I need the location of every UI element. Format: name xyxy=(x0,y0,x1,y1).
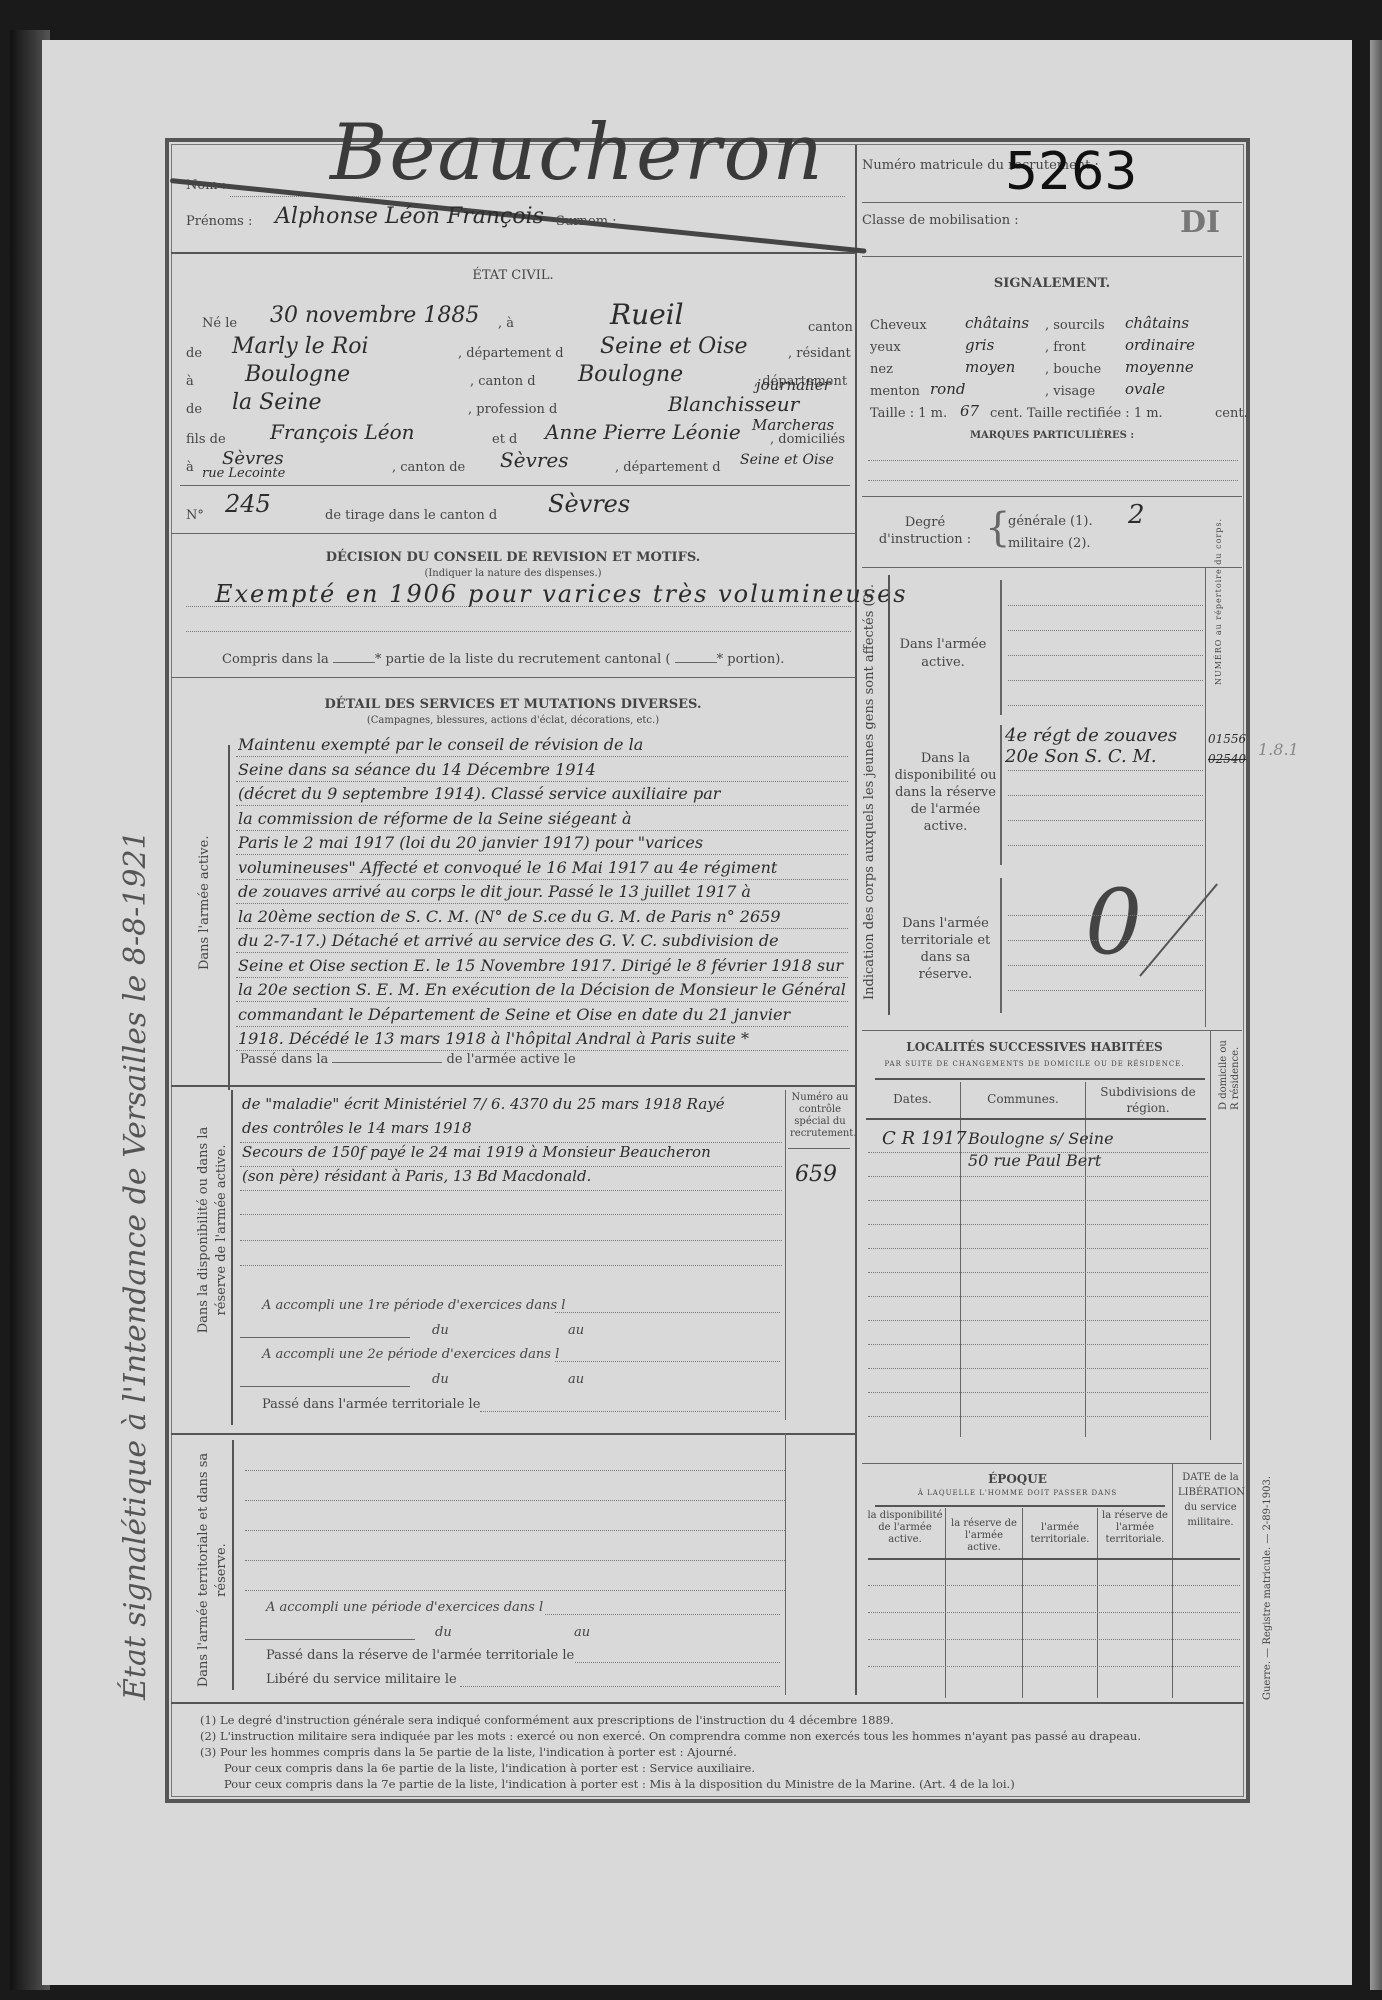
degre-label: Degré d'instruction : xyxy=(870,514,980,548)
services-line: la 20ème section de S. C. M. (N° de S.ce… xyxy=(238,907,848,926)
signalement-cheveux-value: châtains xyxy=(965,314,1029,332)
localites-side-column: D domicile ou R résidence. xyxy=(1218,1030,1242,1110)
epoque-title: ÉPOQUE xyxy=(865,1472,1170,1486)
corps-territoriale-value: 0 xyxy=(1085,870,1142,975)
services-line: volumineuses" Affecté et convoqué le 16 … xyxy=(238,858,848,877)
periode1-du: du xyxy=(432,1323,449,1338)
profession-value: Blanchisseur xyxy=(668,392,799,416)
passe-territoriale-line xyxy=(480,1411,780,1412)
periode2-du: du xyxy=(432,1372,449,1387)
periode2-au: au xyxy=(568,1372,584,1387)
terr-periode-label: A accompli une période d'exercices dans … xyxy=(266,1600,543,1615)
signalement-menton-value: rond xyxy=(930,380,965,398)
signalement-menton-label: menton xyxy=(870,384,920,399)
etat-civil-title: ÉTAT CIVIL. xyxy=(171,268,855,283)
passe-territoriale-label: Passé dans l'armée territoriale le xyxy=(262,1397,480,1412)
birth-canton-value: Marly le Roi xyxy=(232,334,369,359)
services-line: Paris le 2 mai 1917 (loi du 20 janvier 1… xyxy=(238,833,848,852)
compris-label: Compris dans la xyxy=(222,652,329,667)
epoque-title-rule xyxy=(875,1505,1165,1507)
services-line: 1918. Décédé le 13 mars 1918 à l'hôpital… xyxy=(238,1029,848,1048)
side-label-disponibilite: Dans la disponibilité ou dans la réserve… xyxy=(195,1100,231,1360)
periode1-du-line xyxy=(240,1337,410,1338)
parents-divider xyxy=(180,485,850,486)
departement-label: , département d xyxy=(458,346,564,361)
footnote: (3) Pour les hommes compris dans la 5e p… xyxy=(200,1744,1240,1760)
marques-label: MARQUES PARTICULIÈRES : xyxy=(862,430,1242,441)
disponibilite-divider xyxy=(171,1433,855,1435)
periode1-label: A accompli une 1re période d'exercices d… xyxy=(262,1298,565,1313)
matricule-divider xyxy=(862,202,1242,203)
periode1-au: au xyxy=(568,1323,584,1338)
corps-dispo-numero-2: 02540 xyxy=(1208,752,1246,766)
terr-au: au xyxy=(574,1625,590,1640)
epoque-col-disponibilite: la disponibilité de l'armée active. xyxy=(866,1510,944,1546)
localites-header-rule xyxy=(866,1118,1206,1120)
services-line: Seine dans sa séance du 14 Décembre 1914 xyxy=(238,760,848,779)
passe-label: Passé dans la xyxy=(240,1052,328,1067)
signalement-yeux-value: gris xyxy=(965,336,994,354)
side-label-active: Dans l'armée active. xyxy=(197,836,212,970)
services-line: (décret du 9 septembre 1914). Classé ser… xyxy=(238,784,848,803)
libere-line xyxy=(460,1686,780,1687)
residence-dept-de-label: de xyxy=(186,402,202,417)
services-line: la 20e section S. E. M. En exécution de … xyxy=(238,980,848,999)
localites-col-dates: Dates. xyxy=(865,1092,960,1106)
tirage-no-label: N° xyxy=(186,508,204,523)
marques-line-1 xyxy=(868,460,1238,461)
numero-controle-label: Numéro au contrôle spécial du recrutemen… xyxy=(790,1092,850,1140)
corps-dispo-bracket xyxy=(1000,725,1002,865)
footnote: (2) L'instruction militaire sera indiqué… xyxy=(200,1728,1240,1744)
parents-dept-label: , département d xyxy=(615,460,721,475)
localites-subtitle: PAR SUITE DE CHANGEMENTS DE DOMICILE OU … xyxy=(862,1060,1207,1068)
fils-de-label: fils de xyxy=(186,432,226,447)
footnotes: (1) Le degré d'instruction générale sera… xyxy=(200,1712,1240,1792)
parents-canton-label: , canton de xyxy=(392,460,465,475)
footnote: (1) Le degré d'instruction générale sera… xyxy=(200,1712,1240,1728)
printer-mark: Guerre. — Registre matricule. — 2-89-190… xyxy=(1262,1476,1273,1700)
terr-line-3 xyxy=(245,1530,785,1531)
signalement-visage-label: , visage xyxy=(1045,384,1095,399)
signalement-taille-cent: cent. Taille rectifiée : 1 m. xyxy=(990,406,1163,421)
localites-title-rule xyxy=(875,1078,1205,1080)
terr-line-4 xyxy=(245,1560,785,1561)
terr-du-line xyxy=(245,1639,415,1640)
parents-canton-value: Sèvres xyxy=(500,448,569,472)
services-line: Seine et Oise section E. le 15 Novembre … xyxy=(238,956,848,975)
parents-a-label: à xyxy=(186,460,194,475)
tirage-no-value: 245 xyxy=(225,490,271,518)
disponibilite-line: Secours de 150f payé le 24 mai 1919 à Mo… xyxy=(242,1143,782,1161)
side-label-territoriale: Dans l'armée territoriale et dans sa rés… xyxy=(195,1450,231,1690)
periode2-line xyxy=(555,1361,780,1362)
epoque-header-rule xyxy=(868,1558,1240,1560)
signalement-sourcils-label: , sourcils xyxy=(1045,318,1105,333)
services-line: du 2-7-17.) Détaché et arrivé au service… xyxy=(238,931,848,950)
ne-le-label: Né le xyxy=(202,316,237,331)
degre-generale-label: générale (1). xyxy=(1008,514,1093,529)
classe-divider xyxy=(862,256,1242,257)
signalement-front-value: ordinaire xyxy=(1125,336,1195,354)
de-label: de xyxy=(186,346,202,361)
corps-margin-note: 1.8.1 xyxy=(1258,740,1299,759)
signalement-nez-label: nez xyxy=(870,362,893,377)
residence-canton-label: , canton d xyxy=(470,374,536,389)
compris-end: portion). xyxy=(727,652,784,667)
tirage-label: de tirage dans le canton d xyxy=(325,508,497,523)
services-bracket xyxy=(228,745,230,1090)
canton-label: canton xyxy=(808,320,853,335)
periode1-line xyxy=(555,1312,780,1313)
corps-numero-divider xyxy=(1205,567,1206,1027)
signalement-taille-cent2: cent. xyxy=(1215,406,1248,421)
classe-label: Classe de mobilisation : xyxy=(862,212,992,230)
epoque-col-territoriale: l'armée territoriale. xyxy=(1024,1522,1096,1546)
epoque-subtitle: À LAQUELLE L'HOMME DOIT PASSER DANS xyxy=(865,1489,1170,1497)
compris-mid: partie de la liste du recrutement canton… xyxy=(386,652,671,667)
marques-divider xyxy=(862,496,1242,497)
residence-dept-value: la Seine xyxy=(232,390,321,415)
corps-terr-bracket xyxy=(1000,878,1002,1013)
controle-label-divider xyxy=(788,1148,850,1149)
marques-line-2 xyxy=(868,480,1238,481)
numero-controle-value: 659 xyxy=(795,1162,837,1187)
corps-divider xyxy=(862,1030,1242,1031)
localites-col-subdivisions: Subdivisions de région. xyxy=(1088,1084,1208,1116)
signalement-yeux-label: yeux xyxy=(870,340,901,355)
signalement-nez-value: moyen xyxy=(965,358,1015,376)
services-line: Maintenu exempté par le conseil de révis… xyxy=(238,735,848,754)
decision-subtitle: (Indiquer la nature des dispenses.) xyxy=(171,568,855,579)
matricule-value: 5263 xyxy=(1005,142,1137,202)
degre-divider xyxy=(862,567,1242,568)
terr-periode-line xyxy=(545,1614,780,1615)
localites-col-communes: Communes. xyxy=(962,1092,1084,1106)
surnom-label: Surnom : xyxy=(556,214,617,229)
passe-mid: de l'armée active le xyxy=(447,1052,576,1067)
corps-numero-label: NUMÉRO au répertoire du corps. xyxy=(1214,518,1223,685)
tirage-canton-value: Sèvres xyxy=(548,490,630,518)
disponibilite-line: des contrôles le 14 mars 1918 xyxy=(242,1119,782,1137)
corps-dispo-line-2: 20e Son S. C. M. xyxy=(1005,746,1157,767)
localites-title: LOCALITÉS SUCCESSIVES HABITÉES xyxy=(862,1040,1207,1054)
domicilies-label: , domiciliés xyxy=(770,432,845,447)
residence-value: Boulogne xyxy=(245,362,350,387)
corps-active-label: Dans l'armée active. xyxy=(893,636,993,672)
profession-extra: journalier xyxy=(756,376,831,394)
footnote: Pour ceux compris dans la 7e partie de l… xyxy=(200,1776,1240,1792)
signalement-visage-value: ovale xyxy=(1125,380,1165,398)
birth-date-value: 30 novembre 1885 xyxy=(270,303,479,328)
localites-row-date: C R 1917 xyxy=(882,1128,967,1149)
residant-label: , résidant xyxy=(788,346,851,361)
periode2-label: A accompli une 2e période d'exercices da… xyxy=(262,1347,559,1362)
prenoms-label: Prénoms : xyxy=(186,214,252,229)
birth-place-value: Rueil xyxy=(610,298,684,331)
corps-bracket xyxy=(888,575,890,1015)
decision-divider xyxy=(171,677,855,678)
degre-generale-value: 2 xyxy=(1128,500,1145,530)
residence-canton-value: Boulogne xyxy=(578,362,683,387)
periode2-du-line xyxy=(240,1386,410,1387)
footnote-divider xyxy=(171,1702,1244,1704)
services-line: commandant le Département de Seine et Oi… xyxy=(238,1005,848,1024)
footnote: Pour ceux compris dans la 6e partie de l… xyxy=(200,1760,1240,1776)
signalement-front-label: , front xyxy=(1045,340,1086,355)
signalement-title: SIGNALEMENT. xyxy=(862,276,1242,291)
libere-label: Libéré du service militaire le xyxy=(266,1672,457,1687)
header-divider xyxy=(171,252,855,254)
terr-line-5 xyxy=(245,1590,785,1591)
parents-dept-value: Seine et Oise xyxy=(740,452,834,468)
decision-value: Exempté en 1906 pour varices très volumi… xyxy=(215,580,908,608)
parents-street-value: rue Lecointe xyxy=(202,466,285,481)
disponibilite-line: de "maladie" écrit Ministériel 7/ 6. 437… xyxy=(242,1095,782,1113)
controle-divider xyxy=(785,1090,786,1420)
services-subtitle: (Campagnes, blessures, actions d'éclat, … xyxy=(171,715,855,726)
passe-active-line: Passé dans la de l'armée active le xyxy=(240,1052,576,1067)
epoque-col-reserve-territoriale: la réserve de l'armée territoriale. xyxy=(1099,1510,1171,1546)
territoriale-right-divider xyxy=(785,1433,786,1695)
corps-dispo-line-1: 4e régt de zouaves xyxy=(1005,725,1177,746)
corps-side-label: Indication des corps auxquels les jeunes… xyxy=(862,584,877,1000)
birth-departement-value: Seine et Oise xyxy=(600,334,748,359)
passe-reserve-line xyxy=(575,1662,780,1663)
birth-place-label: , à xyxy=(498,316,514,331)
corps-disponibilite-label: Dans la disponibilité ou dans la réserve… xyxy=(893,750,998,835)
page-edge xyxy=(1370,40,1382,1990)
matricule-label: Numéro matricule du recrutement : xyxy=(862,157,992,175)
residence-a-label: à xyxy=(186,374,194,389)
services-divider xyxy=(171,1085,855,1087)
degre-militaire-label: militaire (2). xyxy=(1008,536,1091,551)
corps-dispo-numero-1: 01556 xyxy=(1208,732,1246,746)
terr-line-2 xyxy=(245,1500,785,1501)
localites-row-commune: Boulogne s/ Seine 50 rue Paul Bert xyxy=(968,1128,1138,1172)
epoque-col-reserve-active: la réserve de l'armée active. xyxy=(947,1518,1021,1554)
decision-line-2 xyxy=(186,631,851,632)
signalement-bouche-value: moyenne xyxy=(1125,358,1194,376)
et-de-label: et d xyxy=(492,432,517,447)
decision-title: DÉCISION DU CONSEIL DE REVISION ET MOTIF… xyxy=(171,550,855,565)
corps-territoriale-label: Dans l'armée territoriale et dans sa rés… xyxy=(893,915,998,983)
profession-label: , profession d xyxy=(468,402,557,417)
passe-reserve-label: Passé dans la réserve de l'armée territo… xyxy=(266,1648,574,1663)
margin-annotation: État signalétique à l'Intendance de Vers… xyxy=(118,830,153,1700)
signalement-cheveux-label: Cheveux xyxy=(870,318,927,333)
column-divider xyxy=(855,145,857,1695)
degre-bracket: { xyxy=(985,505,1010,551)
services-title: DÉTAIL DES SERVICES ET MUTATIONS DIVERSE… xyxy=(171,697,855,712)
territoriale-bracket xyxy=(232,1440,234,1690)
prenoms-value: Alphonse Léon François xyxy=(275,204,544,229)
localites-side-divider xyxy=(1210,1030,1211,1440)
signalement-sourcils-value: châtains xyxy=(1125,314,1189,332)
tirage-divider xyxy=(171,533,855,534)
epoque-date-liberation: DATE de la LIBÉRATION du service militai… xyxy=(1178,1470,1243,1530)
decision-line-1 xyxy=(186,606,851,607)
signalement-taille-value: 67 xyxy=(960,402,979,420)
localites-divider xyxy=(862,1463,1242,1464)
terr-line-1 xyxy=(245,1470,785,1471)
disponibilite-bracket xyxy=(231,1090,233,1425)
corps-active-bracket xyxy=(1000,580,1002,715)
nom-value: Beaucheron xyxy=(330,108,825,198)
father-value: François Léon xyxy=(270,420,415,444)
signalement-taille-label: Taille : 1 m. xyxy=(870,406,947,421)
signalement-bouche-label: , bouche xyxy=(1045,362,1101,377)
mother-value: Anne Pierre Léonie xyxy=(545,420,741,444)
epoque-date-divider xyxy=(1172,1463,1173,1698)
services-line: la commission de réforme de la Seine sié… xyxy=(238,809,848,828)
compris-line: Compris dans la * partie de la liste du … xyxy=(222,652,784,667)
services-line: de zouaves arrivé au corps le dit jour. … xyxy=(238,882,848,901)
terr-du: du xyxy=(435,1625,452,1640)
di-stamp: DI xyxy=(1180,205,1220,240)
disponibilite-line: (son père) résidant à Paris, 13 Bd Macdo… xyxy=(242,1167,782,1185)
